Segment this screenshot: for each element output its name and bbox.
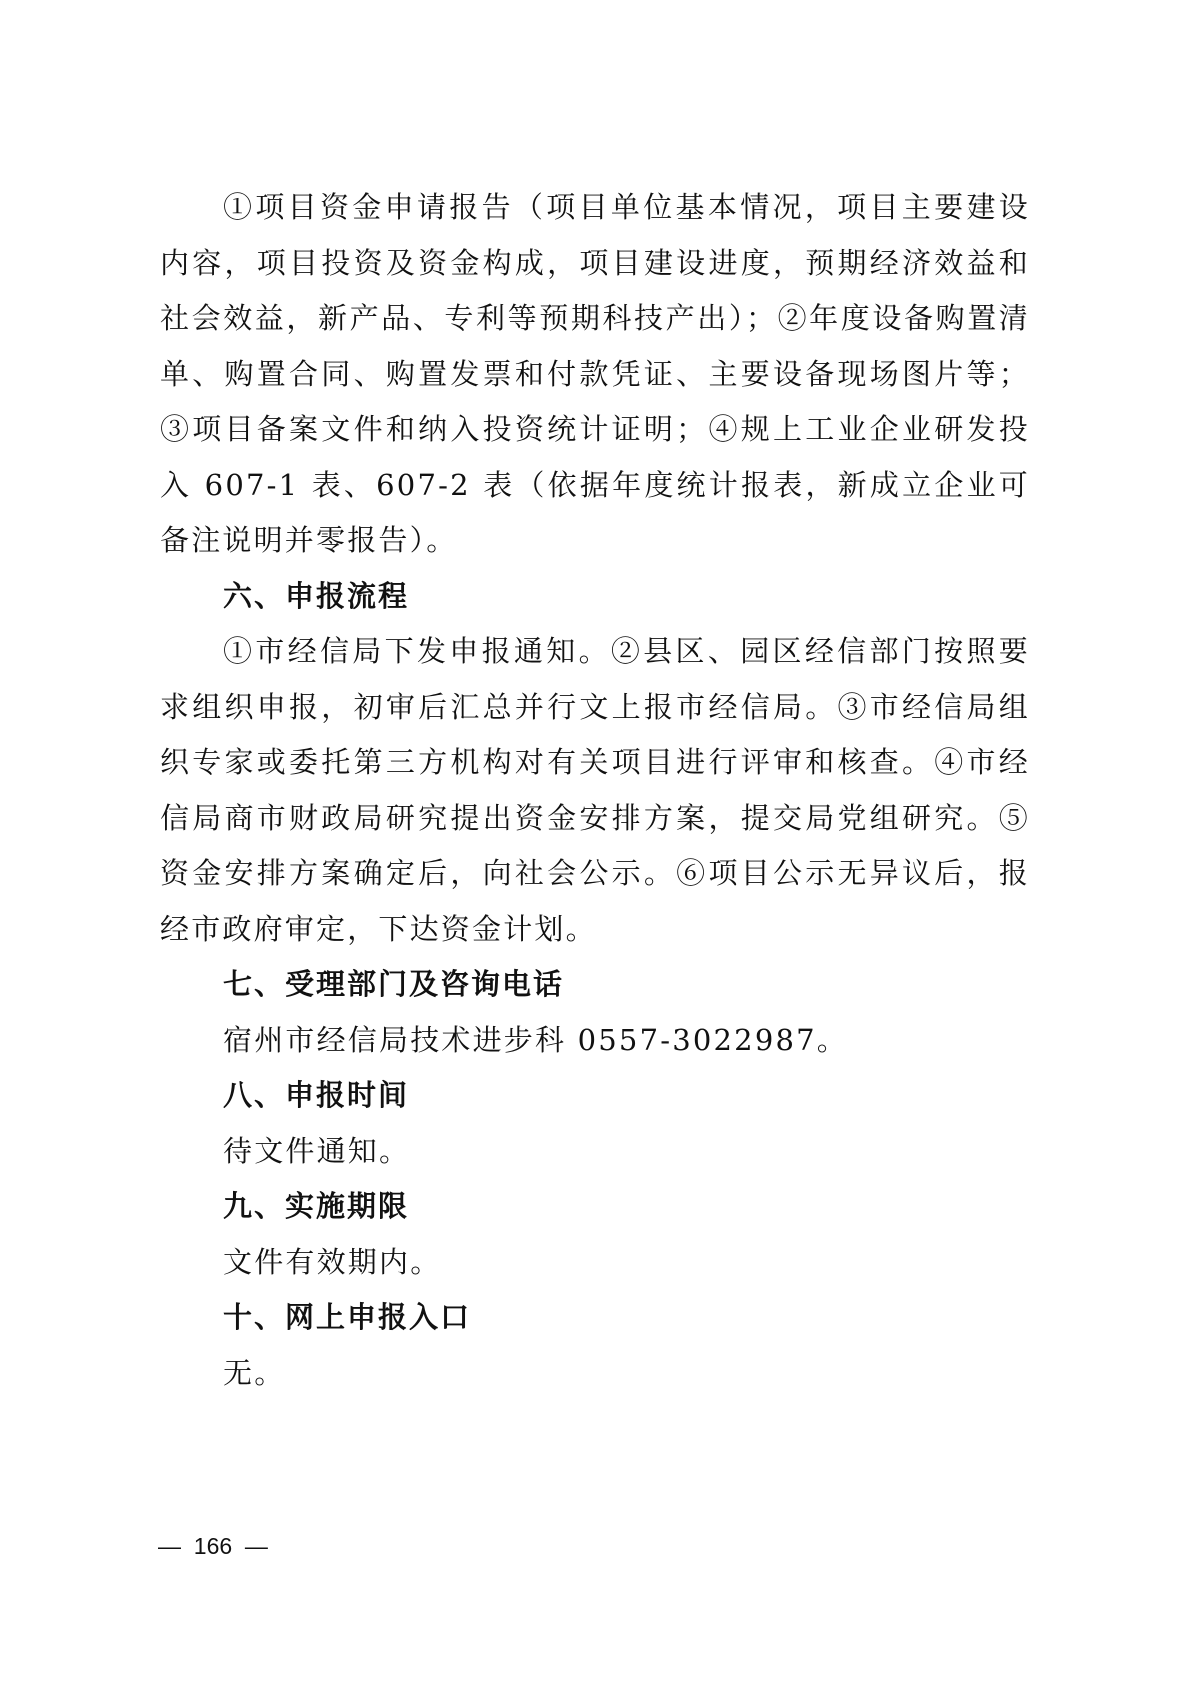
- document-body: ①项目资金申请报告（项目单位基本情况，项目主要建设内容，项目投资及资金构成，项目…: [160, 180, 1030, 1401]
- section-body-application-time: 待文件通知。: [160, 1124, 1030, 1180]
- section-body-contact: 宿州市经信局技术进步科 0557-3022987。: [160, 1013, 1030, 1069]
- section-heading-implementation-period: 九、实施期限: [160, 1179, 1030, 1235]
- section-body-process: ①市经信局下发申报通知。②县区、园区经信部门按照要求组织申报，初审后汇总并行文上…: [160, 624, 1030, 957]
- section-heading-contact: 七、受理部门及咨询电话: [160, 957, 1030, 1013]
- application-materials-paragraph: ①项目资金申请报告（项目单位基本情况，项目主要建设内容，项目投资及资金构成，项目…: [160, 180, 1030, 569]
- section-heading-process: 六、申报流程: [160, 569, 1030, 625]
- section-heading-online-portal: 十、网上申报入口: [160, 1290, 1030, 1346]
- document-page: ①项目资金申请报告（项目单位基本情况，项目主要建设内容，项目投资及资金构成，项目…: [0, 0, 1190, 1683]
- section-body-implementation-period: 文件有效期内。: [160, 1235, 1030, 1291]
- section-heading-application-time: 八、申报时间: [160, 1068, 1030, 1124]
- page-number: — 166 —: [158, 1533, 268, 1560]
- section-body-online-portal: 无。: [160, 1346, 1030, 1402]
